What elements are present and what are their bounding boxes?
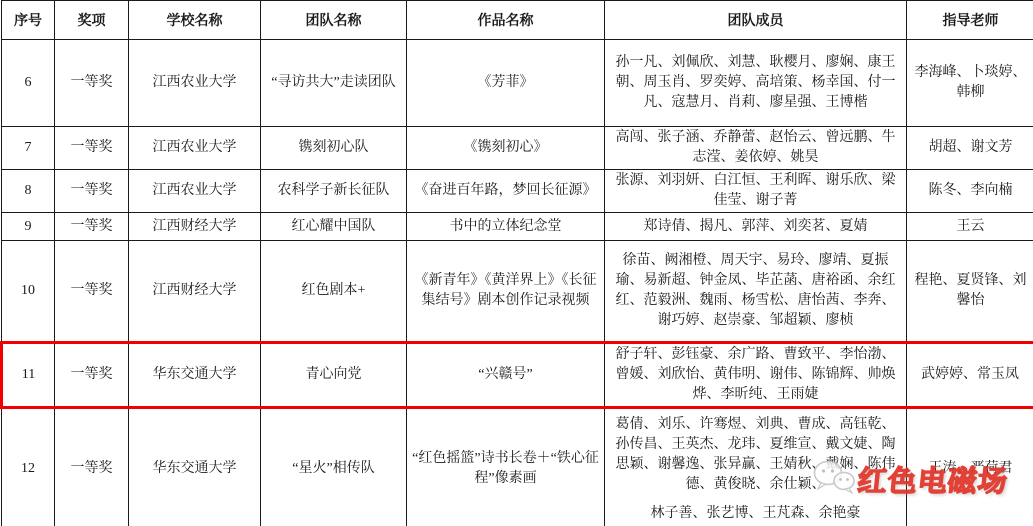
col-header-team: 团队名称 <box>261 1 407 40</box>
table-row-9: 9 一等奖 江西财经大学 红心耀中国队 书中的立体纪念堂 郑诗倩、揭凡、郭萍、刘… <box>2 213 1033 241</box>
cell-advisors: 李海峰、卜琰婷、韩柳 <box>907 40 1033 127</box>
cell-no: 10 <box>2 241 55 343</box>
cell-school: 江西农业大学 <box>129 40 261 127</box>
cell-work: “兴赣号” <box>407 343 605 408</box>
table-row-11-highlighted: 11 一等奖 华东交通大学 青心向党 “兴赣号” 舒子轩、彭钰豪、余广路、曹致平… <box>2 343 1033 408</box>
table-row-8: 8 一等奖 江西农业大学 农科学子新长征队 《奋进百年路，梦回长征源》 张源、刘… <box>2 170 1033 213</box>
cell-school: 华东交通大学 <box>129 408 261 526</box>
cell-members: 徐苗、阙湘橙、周天宇、易玲、廖靖、夏振瑜、易新超、钟金凤、毕芷菡、唐裕函、余红红… <box>605 241 907 343</box>
col-header-members: 团队成员 <box>605 1 907 40</box>
col-header-work: 作品名称 <box>407 1 605 40</box>
cell-members: 郑诗倩、揭凡、郭萍、刘奕茗、夏婧 <box>605 213 907 241</box>
col-header-award: 奖项 <box>55 1 129 40</box>
cell-team: 红心耀中国队 <box>261 213 407 241</box>
cell-no: 6 <box>2 40 55 127</box>
award-results-table: 序号 奖项 学校名称 团队名称 作品名称 团队成员 指导老师 6 一等奖 江西农… <box>0 0 1033 526</box>
cell-award: 一等奖 <box>55 40 129 127</box>
cell-school: 江西财经大学 <box>129 213 261 241</box>
cell-work: 《镌刻初心》 <box>407 127 605 170</box>
cell-school: 江西农业大学 <box>129 170 261 213</box>
cell-no: 9 <box>2 213 55 241</box>
cell-award: 一等奖 <box>55 343 129 408</box>
cell-work: 《奋进百年路，梦回长征源》 <box>407 170 605 213</box>
cell-members: 葛倩、刘乐、许骞煜、刘典、曹成、高钰乾、孙传昌、王英杰、龙玮、夏维宣、戴文婕、陶… <box>605 408 907 526</box>
cell-award: 一等奖 <box>55 170 129 213</box>
col-header-advisors: 指导老师 <box>907 1 1033 40</box>
cell-school: 江西农业大学 <box>129 127 261 170</box>
table-row-7: 7 一等奖 江西农业大学 镌刻初心队 《镌刻初心》 高闯、张子涵、乔静蕾、赵怡云… <box>2 127 1033 170</box>
cell-award: 一等奖 <box>55 213 129 241</box>
cell-members: 孙一凡、刘佩欣、刘慧、耿樱月、廖娴、康王朝、周玉肖、罗奕婷、高培策、杨幸国、付一… <box>605 40 907 127</box>
col-header-no: 序号 <box>2 1 55 40</box>
cell-advisors: 程艳、夏贤锋、刘馨怡 <box>907 241 1033 343</box>
cell-advisors: 王涛、严荷君 <box>907 408 1033 526</box>
cell-team: “寻访共大”走读团队 <box>261 40 407 127</box>
header-row: 序号 奖项 学校名称 团队名称 作品名称 团队成员 指导老师 <box>2 1 1033 40</box>
table-row-6: 6 一等奖 江西农业大学 “寻访共大”走读团队 《芳菲》 孙一凡、刘佩欣、刘慧、… <box>2 40 1033 127</box>
cell-work: 《芳菲》 <box>407 40 605 127</box>
cell-advisors: 陈冬、李向楠 <box>907 170 1033 213</box>
cell-team: 红色剧本+ <box>261 241 407 343</box>
table-row-12: 12 一等奖 华东交通大学 “星火”相传队 “红色摇篮”诗书长卷＋“铁心征程”像… <box>2 408 1033 526</box>
cell-team: “星火”相传队 <box>261 408 407 526</box>
cell-team: 青心向党 <box>261 343 407 408</box>
cell-no: 11 <box>2 343 55 408</box>
cell-members: 舒子轩、彭钰豪、余广路、曹致平、李怡渤、曾媛、刘欣怡、黄伟明、谢伟、陈锦辉、帅焕… <box>605 343 907 408</box>
cell-no: 12 <box>2 408 55 526</box>
cell-award: 一等奖 <box>55 127 129 170</box>
cell-school: 华东交通大学 <box>129 343 261 408</box>
cell-team: 镌刻初心队 <box>261 127 407 170</box>
members-paragraph-2: 林子善、张艺博、王芃森、余艳豪 <box>610 504 901 524</box>
cell-work: 《新青年》《黄洋界上》《长征集结号》剧本创作记录视频 <box>407 241 605 343</box>
table-row-10: 10 一等奖 江西财经大学 红色剧本+ 《新青年》《黄洋界上》《长征集结号》剧本… <box>2 241 1033 343</box>
cell-award: 一等奖 <box>55 408 129 526</box>
cell-advisors: 王云 <box>907 213 1033 241</box>
cell-school: 江西财经大学 <box>129 241 261 343</box>
cell-advisors: 胡超、谢文芳 <box>907 127 1033 170</box>
cell-work: “红色摇篮”诗书长卷＋“铁心征程”像素画 <box>407 408 605 526</box>
cell-work: 书中的立体纪念堂 <box>407 213 605 241</box>
cell-advisors: 武婷婷、常玉凤 <box>907 343 1033 408</box>
cell-team: 农科学子新长征队 <box>261 170 407 213</box>
cell-award: 一等奖 <box>55 241 129 343</box>
cell-no: 8 <box>2 170 55 213</box>
col-header-school: 学校名称 <box>129 1 261 40</box>
cell-no: 7 <box>2 127 55 170</box>
cell-members: 张源、刘羽妍、白江恒、王利晖、谢乐欣、梁佳莹、谢子菁 <box>605 170 907 213</box>
members-paragraph-1: 葛倩、刘乐、许骞煜、刘典、曹成、高钰乾、孙传昌、王英杰、龙玮、夏维宣、戴文婕、陶… <box>610 415 901 495</box>
cell-members: 高闯、张子涵、乔静蕾、赵怡云、曾远鹏、牛志滢、姜依婷、姚昊 <box>605 127 907 170</box>
